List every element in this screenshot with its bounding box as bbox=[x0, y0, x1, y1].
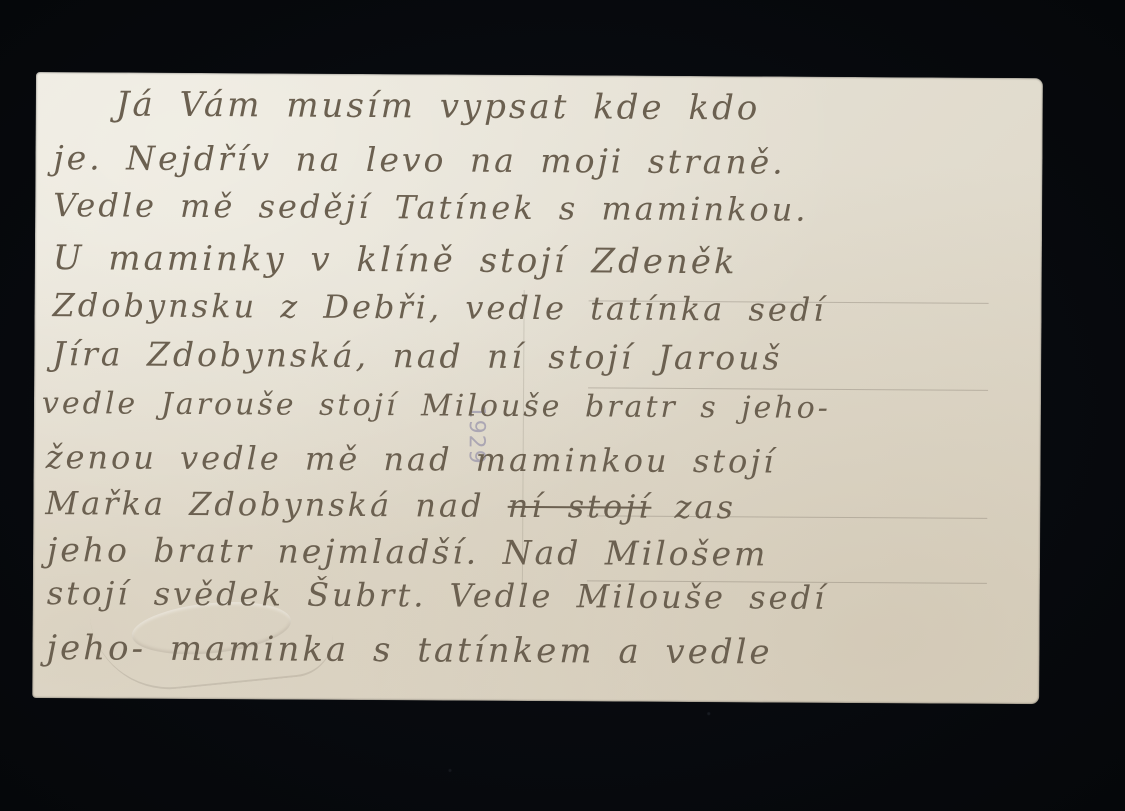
struck-through-text: ní stojí bbox=[508, 487, 652, 526]
handwriting-line: Jíra Zdobynská, nad ní stojí Jarouš bbox=[52, 334, 782, 377]
handwriting-line: vedle Jarouše stojí Milouše bratr s jeho… bbox=[42, 386, 831, 426]
handwriting-line: Vedle mě sedějí Tatínek s maminkou. bbox=[53, 186, 808, 229]
handwriting-line: Já Vám musím vypsat kde kdo bbox=[116, 84, 761, 128]
handwriting-line: Mařka Zdobynská nad ní stojí zas bbox=[45, 484, 736, 526]
handwriting-line: jeho bratr nejmladší. Nad Milošem bbox=[47, 530, 769, 573]
handwriting-line: je. Nejdřív na levo na moji straně. bbox=[53, 138, 785, 181]
handwriting-line: U maminky v klíně stojí Zdeněk bbox=[53, 238, 738, 282]
handwriting-line: jeho- maminka s tatínkem a vedle bbox=[46, 628, 772, 672]
handwritten-message: Já Vám musím vypsat kde kdo je. Nejdřív … bbox=[32, 72, 1043, 704]
handwriting-text: zas bbox=[674, 488, 736, 526]
handwriting-line: ženou vedle mě nad maminkou stojí bbox=[46, 438, 777, 480]
handwriting-line: stojí svědek Šubrt. Vedle Milouše sedí bbox=[47, 574, 828, 617]
postcard: 1929 Já Vám musím vypsat kde kdo je. Nej… bbox=[32, 72, 1043, 704]
handwriting-line: Zdobynsku z Debři, vedle tatínka sedí bbox=[52, 286, 826, 329]
handwriting-text: Mařka Zdobynská nad bbox=[45, 484, 484, 525]
